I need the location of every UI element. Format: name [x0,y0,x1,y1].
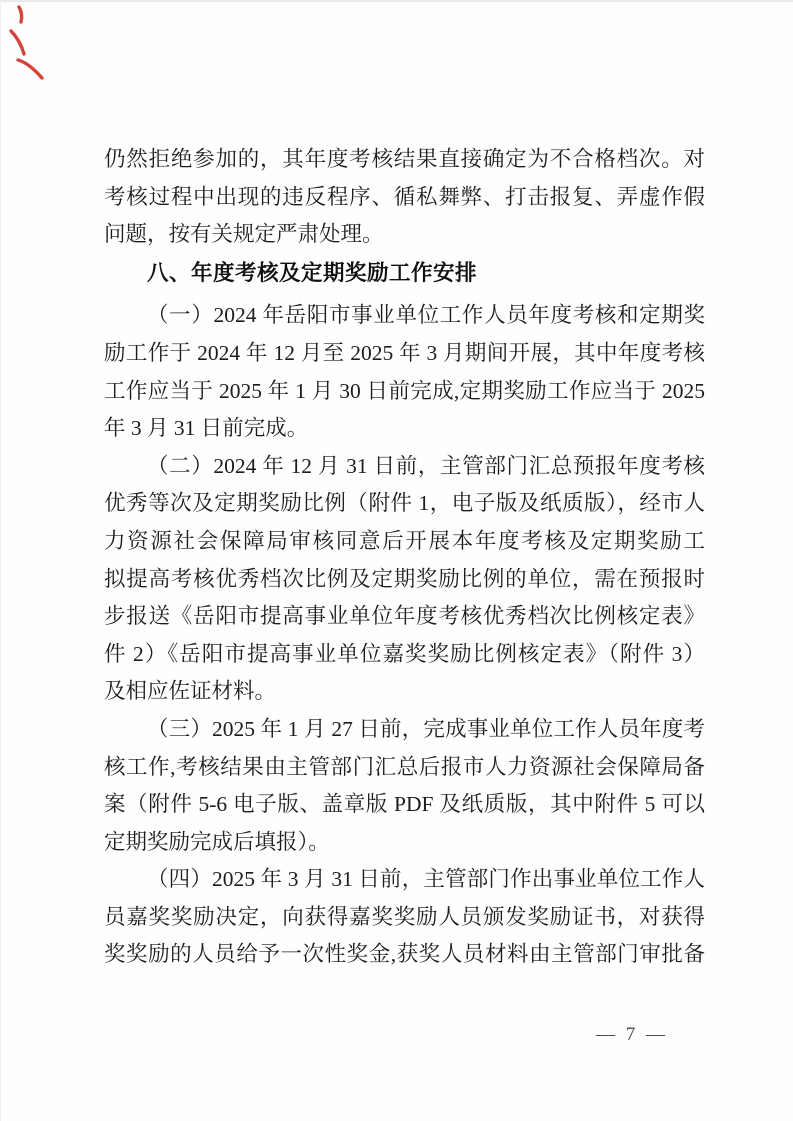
body-line-item4: （四）2025 年 3 月 31 日前，主管部门作出事业单位工作人 [104,861,705,899]
body-line-item3: 案（附件 5-6 电子版、盖章版 PDF 及纸质版，其中附件 5 可以在 [104,786,705,824]
document-body: 仍然拒绝参加的，其年度考核结果直接确定为不合格档次。对在 考核过程中出现的违反程… [104,141,705,974]
red-pen-stroke-2 [11,31,24,54]
body-line-item2: 件 2）《岳阳市提高事业单位嘉奖奖励比例核定表》（附件 3） [104,636,705,674]
body-line-item3: 定期奖励完成后填报）。 [104,824,705,862]
body-line: 考核过程中出现的违反程序、循私舞弊、打击报复、弄虚作假等 [104,179,705,217]
scan-edge-left [0,0,1,1121]
scan-edge-top [0,0,793,2]
red-pen-stroke-3 [18,60,42,78]
body-line-item2: 及相应佐证材料。 [104,673,705,711]
body-line-item2: 拟提高考核优秀档次比例及定期奖励比例的单位，需在预报时同 [104,561,705,599]
body-line-item4: 员嘉奖奖励决定，向获得嘉奖奖励人员颁发奖励证书，对获得嘉 [104,899,705,937]
body-line-item3: （三）2025 年 1 月 27 日前，完成事业单位工作人员年度考 [104,711,705,749]
body-line-item2: 步报送《岳阳市提高事业单位年度考核优秀档次比例核定表》(附 [104,598,705,636]
section-heading: 八、年度考核及定期奖励工作安排 [104,255,705,293]
body-line-item2: 力资源社会保障局审核同意后开展本年度考核及定期奖励工作。 [104,523,705,561]
page-number: — 7 — [596,1023,668,1047]
body-line-item2: 优秀等次及定期奖励比例（附件 1，电子版及纸质版），经市人 [104,485,705,523]
body-line-item1: （一）2024 年岳阳市事业单位工作人员年度考核和定期奖 [104,297,705,335]
body-line: 仍然拒绝参加的，其年度考核结果直接确定为不合格档次。对在 [104,141,705,179]
body-line-item2: （二）2024 年 12 月 31 日前，主管部门汇总预报年度考核 [104,448,705,486]
document-page: 仍然拒绝参加的，其年度考核结果直接确定为不合格档次。对在 考核过程中出现的违反程… [0,0,793,1121]
red-pen-stroke-1 [19,7,22,22]
body-line: 问题，按有关规定严肃处理。 [104,216,705,254]
body-line-item1: 励工作于 2024 年 12 月至 2025 年 3 月期间开展，其中年度考核 [104,335,705,373]
body-line-item4: 奖奖励的人员给予一次性奖金,获奖人员材料由主管部门审批备 [104,936,705,974]
body-line-item1: 工作应当于 2025 年 1 月 30 日前完成,定期奖励工作应当于 2025 [104,373,705,411]
body-line-item1: 年 3 月 31 日前完成。 [104,410,705,448]
body-line-item3: 核工作,考核结果由主管部门汇总后报市人力资源社会保障局备 [104,749,705,787]
red-pen-marks [4,2,54,90]
